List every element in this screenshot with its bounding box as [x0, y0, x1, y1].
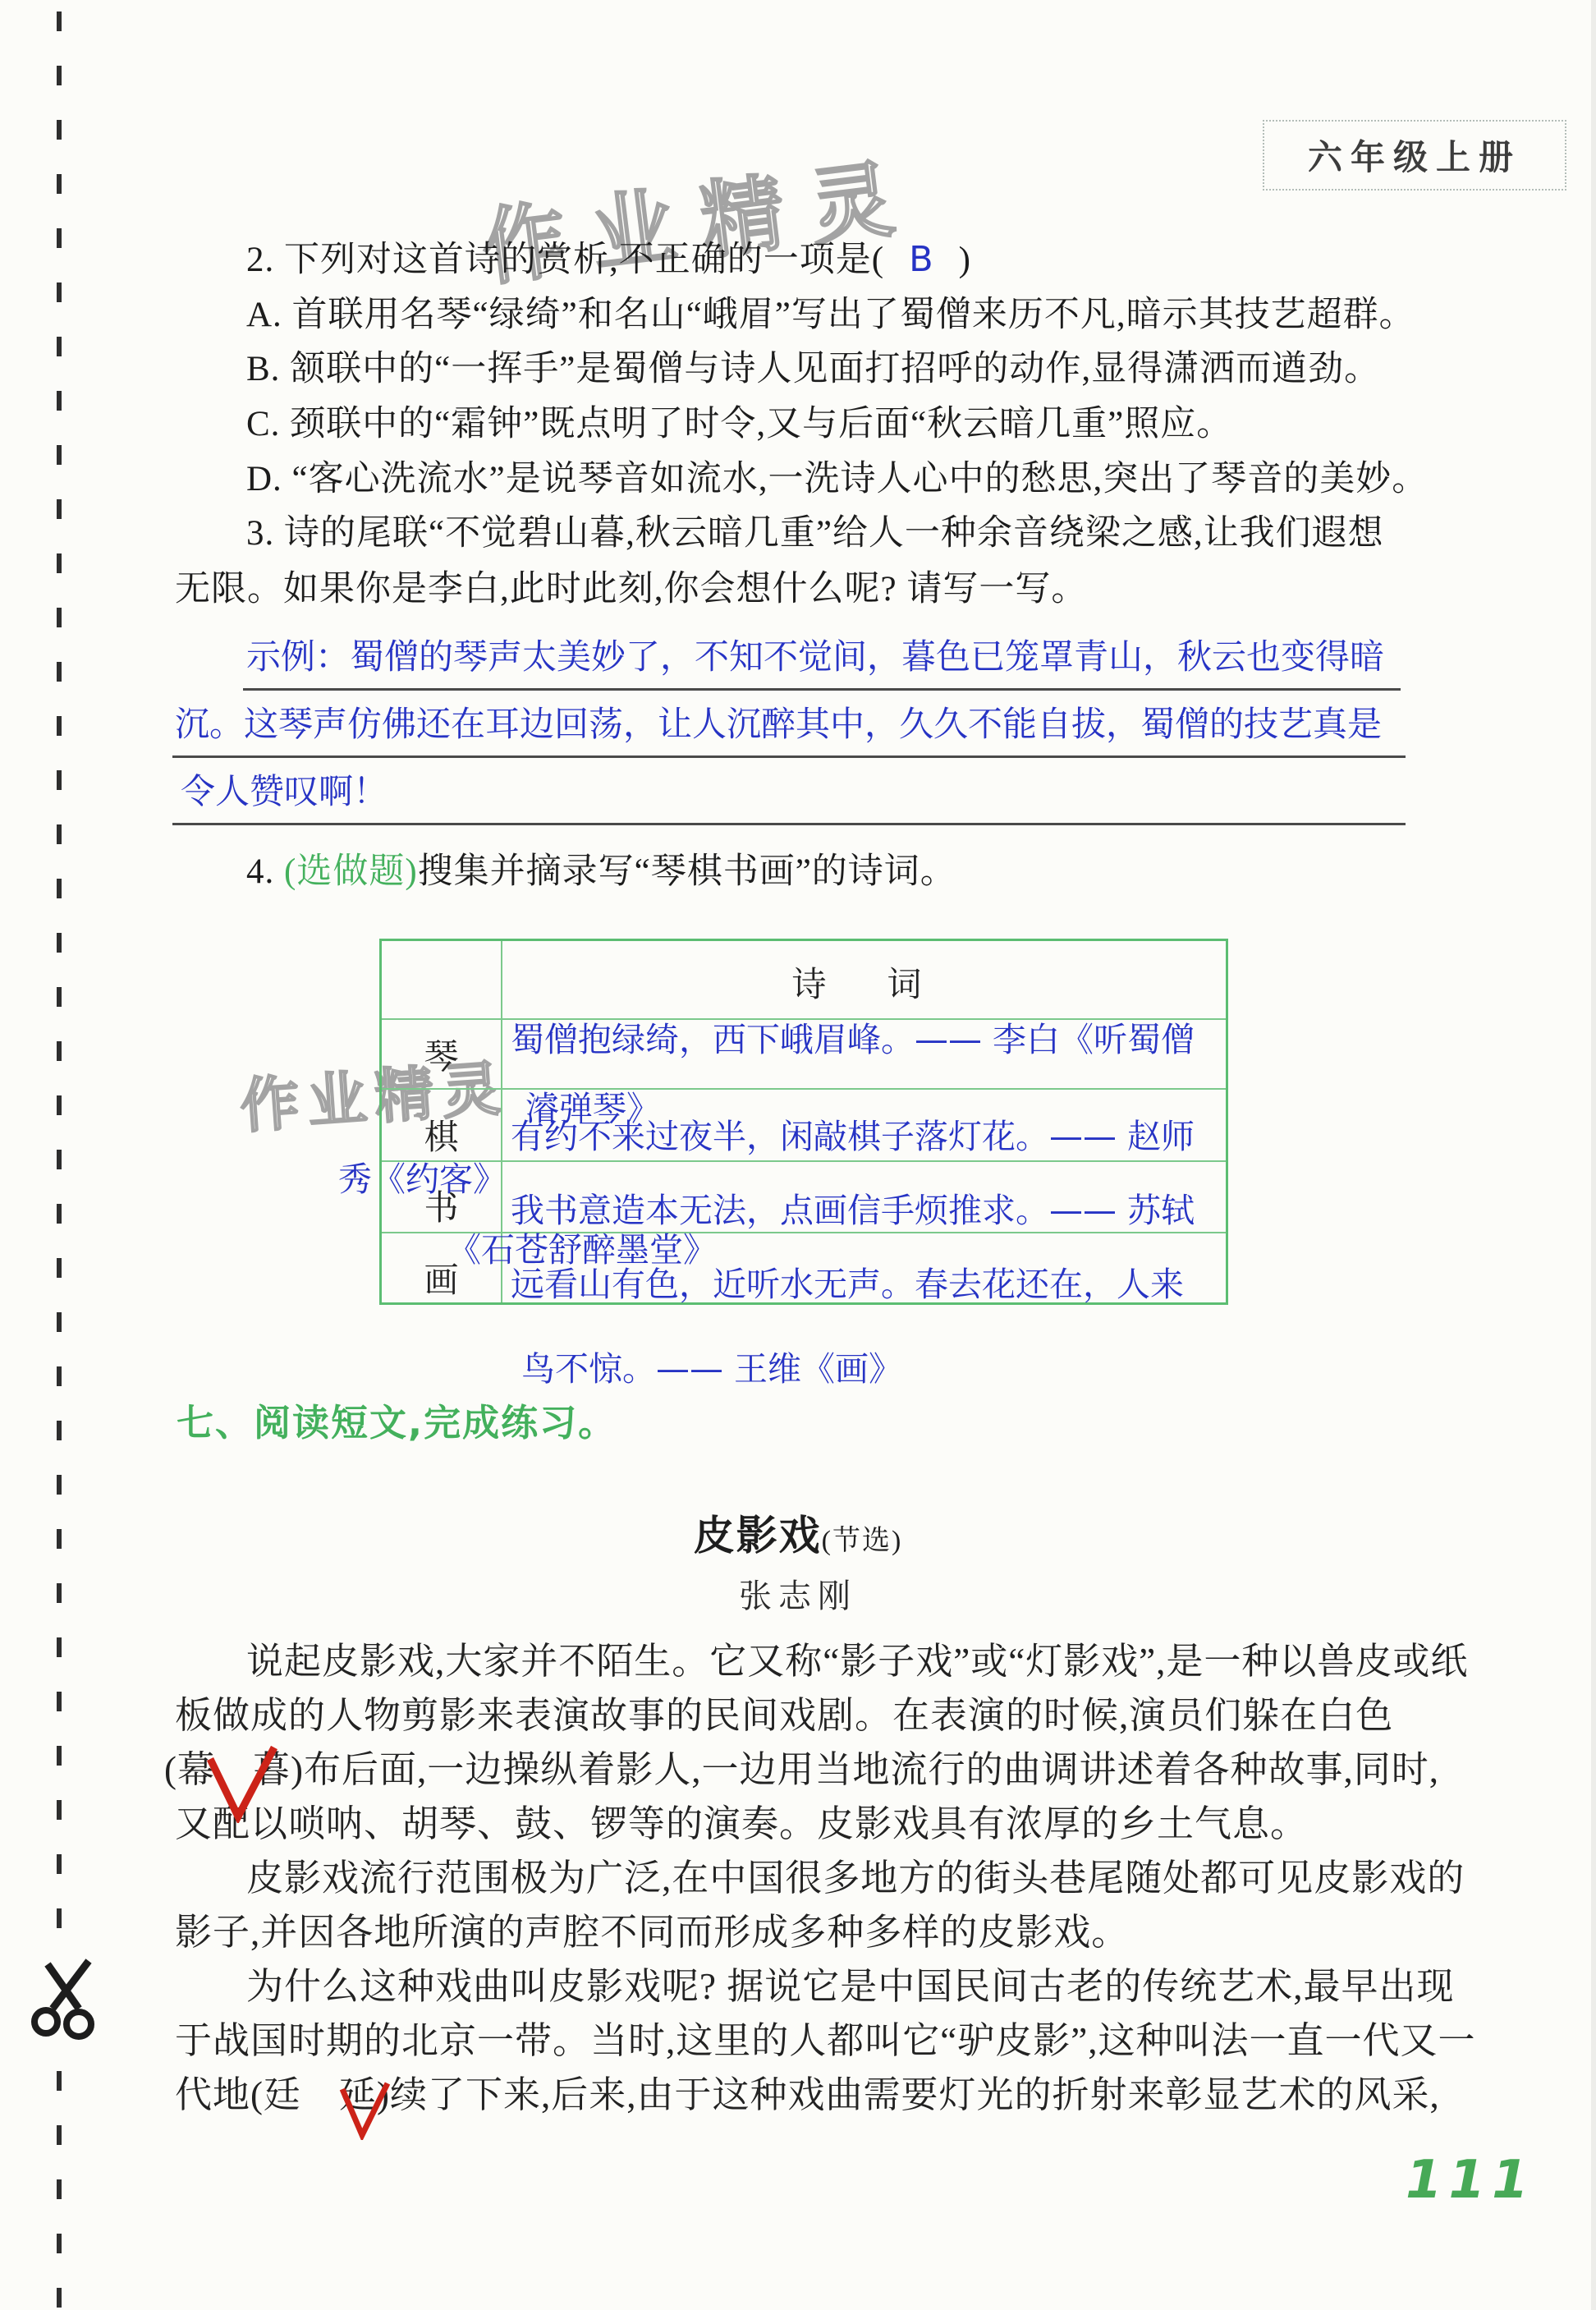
- question-3-line2: 无限。如果你是李白,此时此刻,你会想什么呢? 请写一写。: [175, 570, 1087, 609]
- passage-p1-line3: (幕 暮)布后面,一边操纵着影人,一边用当地流行的曲调讲述着各种故事,同时,: [164, 1749, 1439, 1790]
- passage-title-line: 皮影戏(节选): [0, 1503, 1596, 1562]
- question-2-close-paren: ): [959, 241, 971, 279]
- table-entry-shu-line1: 我书意造本无法，点画信手烦推求。—— 苏轼: [511, 1192, 1195, 1230]
- scan-edge: [1591, 0, 1596, 2310]
- table-row-divider: [382, 1088, 1226, 1090]
- question-4-number: 4.: [246, 852, 274, 891]
- passage-p1-line1: 说起皮影戏,大家并不陌生。它又称“影子戏”或“灯影戏”,是一种以兽皮或纸: [246, 1641, 1468, 1682]
- answer-3-line2: 沉。这琴声仿佛还在耳边回荡，让人沉醉其中，久久不能自拔，蜀僧的技艺真是: [175, 705, 1382, 743]
- table-entry-hua-line1: 远看山有色，近听水无声。春去花还在，人来: [511, 1266, 1184, 1304]
- answer-underline: [243, 688, 1401, 691]
- question-3-line1: 3. 诗的尾联“不觉碧山暮,秋云暗几重”给人一种余音绕梁之感,让我们遐想: [246, 514, 1384, 553]
- table-entry-qi-line2: 秀《约客》: [338, 1161, 507, 1199]
- answer-3-line1: 示例：蜀僧的琴声太美妙了，不知不觉间，暮色已笼罩青山，秋云也变得暗: [246, 637, 1384, 676]
- workbook-scan-page: 六年级上册 作业精灵 作业精灵 2. 下列对这首诗的赏析,不正确的一项是(B) …: [0, 0, 1596, 2310]
- table-entry-hua-line2: 鸟不惊。—— 王维《画》: [521, 1351, 902, 1389]
- question-4-line: 4. (选做题)搜集并摘录写“琴棋书画”的诗词。: [246, 852, 956, 892]
- table-entry-qin-line1: 蜀僧抱绿绮，西下峨眉峰。—— 李白《听蜀僧: [511, 1022, 1195, 1059]
- passage-title-note: (节选): [822, 1526, 903, 1556]
- red-checkmark-icon: [204, 1743, 279, 1823]
- passage-p3-line2: 于战国时期的北京一带。当时,这里的人都叫它“驴皮影”,这种叫法一直一代又一: [175, 2020, 1475, 2061]
- option-b: B. 颔联中的“一挥手”是蜀僧与诗人见面打招呼的动作,显得潇洒而遒劲。: [246, 350, 1380, 389]
- answer-underline: [172, 755, 1406, 758]
- passage-p1-line2: 板做成的人物剪影来表演故事的民间戏剧。在表演的时候,演员们躲在白色: [175, 1695, 1393, 1736]
- scissors-icon: [28, 1958, 103, 2045]
- table-category-qin: 琴: [382, 1030, 501, 1079]
- option-d: D. “客心洗流水”是说琴音如流水,一洗诗人心中的愁思,突出了琴音的美妙。: [246, 460, 1428, 499]
- table-entry-qi-line1: 有约不来过夜半，闲敲棋子落灯花。—— 赵师: [511, 1118, 1195, 1156]
- passage-author: 张志刚: [739, 1578, 857, 1614]
- red-checkmark-icon: [338, 2079, 391, 2140]
- table-category-qi: 棋: [382, 1110, 501, 1160]
- question-2-answer: B: [884, 239, 959, 280]
- booklet-header-badge: 六年级上册: [1263, 120, 1566, 191]
- option-c: C. 颈联中的“霜钟”既点明了时令,又与后面“秋云暗几重”照应。: [246, 405, 1232, 444]
- option-a: A. 首联用名琴“绿绮”和名山“峨眉”写出了蜀僧来历不凡,暗示其技艺超群。: [246, 296, 1415, 335]
- section-7-heading: 七、阅读短文,完成练习。: [177, 1403, 617, 1444]
- answer-underline: [172, 823, 1406, 825]
- passage-p2-line2: 影子,并因各地所演的声腔不同而形成多种多样的皮影戏。: [175, 1912, 1129, 1953]
- passage-p2-line1: 皮影戏流行范围极为广泛,在中国很多地方的街头巷尾随处都可见皮影戏的: [246, 1858, 1465, 1899]
- question-2-line: 2. 下列对这首诗的赏析,不正确的一项是(B): [246, 240, 971, 280]
- page-number: 111: [1406, 2152, 1535, 2211]
- question-2-text: 2. 下列对这首诗的赏析,不正确的一项是(: [246, 241, 884, 279]
- table-row-divider: [382, 1160, 1226, 1162]
- passage-title: 皮影戏: [694, 1513, 822, 1559]
- passage-author-line: 张志刚: [0, 1570, 1596, 1617]
- booklet-title: 六年级上册: [1308, 131, 1521, 180]
- answer-3-line3: 令人赞叹啊！: [181, 772, 388, 811]
- passage-p1-line4: 又配以唢呐、胡琴、鼓、锣等的演奏。皮影戏具有浓厚的乡土气息。: [175, 1803, 1308, 1844]
- question-4-optional-tag: (选做题): [284, 852, 418, 891]
- question-4-text: 搜集并摘录写“琴棋书画”的诗词。: [418, 852, 956, 891]
- table-header-poems: 诗 词: [501, 958, 1226, 1007]
- passage-p3-line1: 为什么这种戏曲叫皮影戏呢? 据说它是中国民间古老的传统艺术,最早出现: [246, 1966, 1454, 2007]
